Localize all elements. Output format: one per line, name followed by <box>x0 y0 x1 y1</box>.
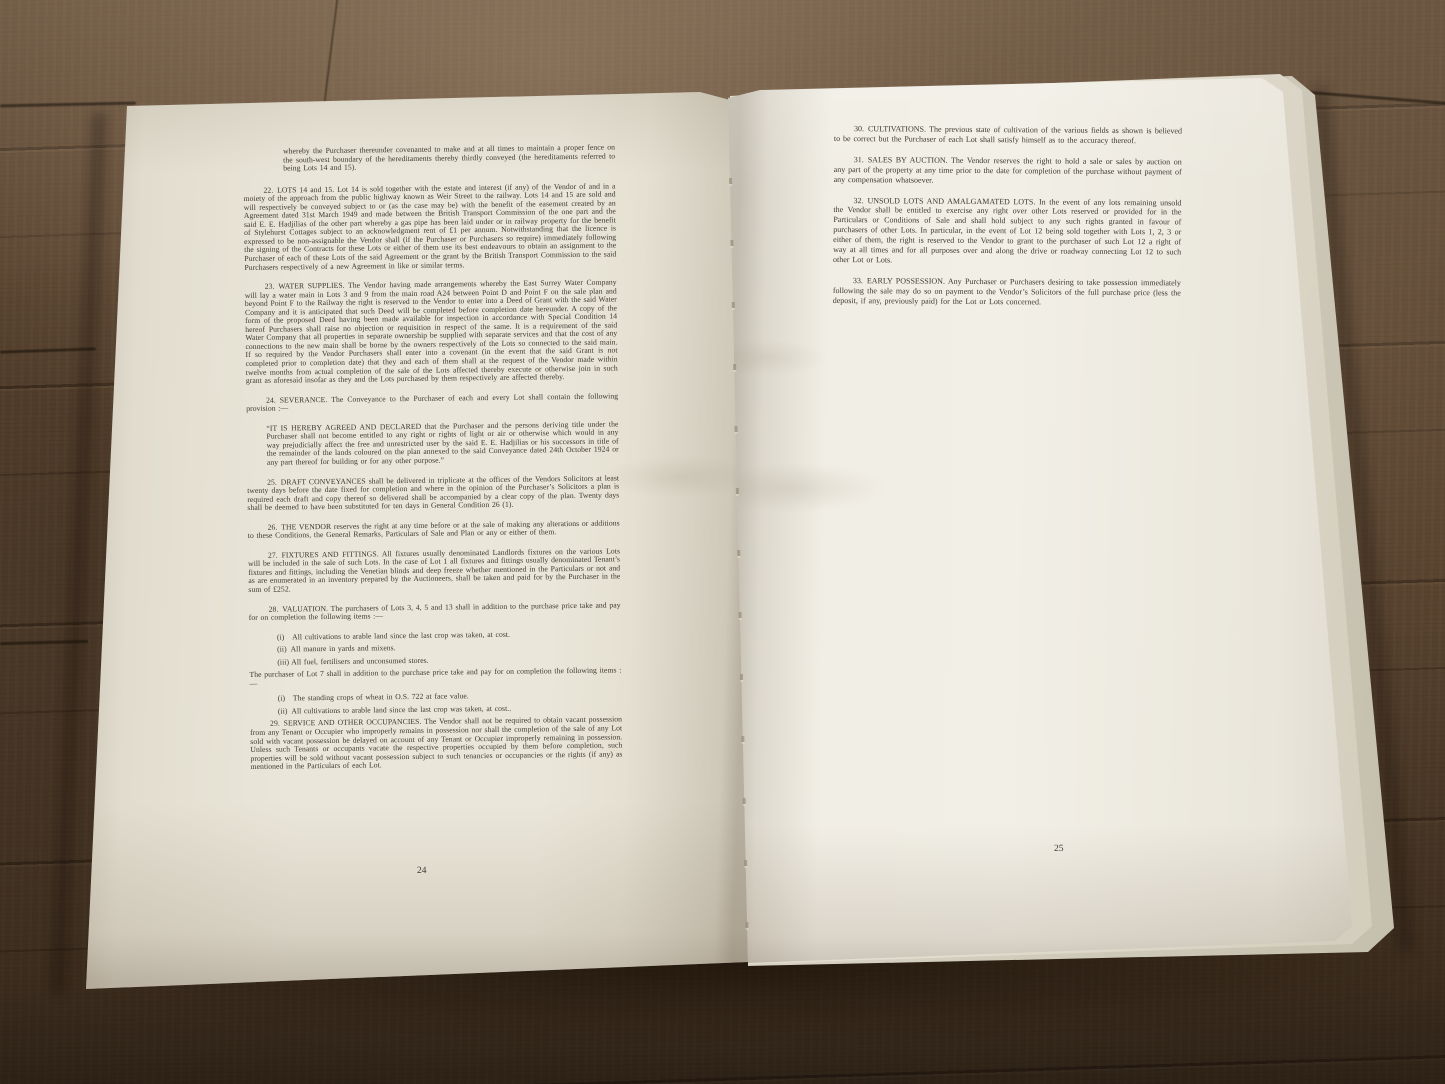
clause-33-early-possession: 33. EARLY POSSESSION. Any Purchaser or P… <box>833 276 1181 308</box>
clause-continuation: whereby the Purchaser thereunder covenan… <box>283 143 615 173</box>
clause-32-unsold-lots: 32. UNSOLD LOTS AND AMALGAMATED LOTS. In… <box>833 196 1181 268</box>
lot-7-valuation-intro: The purchaser of Lot 7 shall in addition… <box>249 667 621 689</box>
lot-7-item-i: (i) The standing crops of wheat in O.S. … <box>278 691 622 704</box>
clause-29-service-occupancies: 29. SERVICE AND OTHER OCCUPANCIES. The V… <box>250 716 623 772</box>
clause-24-severance: 24. SEVERANCE. The Conveyance to the Pur… <box>246 392 618 414</box>
page-25-text-column: 30. CULTIVATIONS. The previous state of … <box>833 124 1182 319</box>
valuation-item-iii: (iii) All fuel, fertilisers and unconsum… <box>277 654 621 667</box>
page-number-25: 25 <box>1054 844 1064 854</box>
clause-23-water-supplies: 23. WATER SUPPLIES. The Vendor having ma… <box>245 279 618 386</box>
photo-scene: whereby the Purchaser thereunder covenan… <box>0 0 1445 1084</box>
page-number-24: 24 <box>417 866 427 876</box>
clause-25-draft-conveyances: 25. DRAFT CONVEYANCES shall be delivered… <box>247 474 619 513</box>
lot-7-item-ii: (ii) All cultivations to arable land sin… <box>278 703 622 716</box>
clause-26-vendor-reservation: 26. THE VENDOR reserves the right at any… <box>248 519 620 541</box>
clause-27-fixtures-fittings: 27. FIXTURES AND FITTINGS. All fixtures … <box>248 547 620 594</box>
valuation-item-ii: (ii) All manure in yards and mixens. <box>277 642 621 655</box>
clause-31-sales-by-auction: 31. SALES BY AUCTION. The Vendor reserve… <box>834 155 1182 187</box>
clause-22-lots-14-and-15: 22. LOTS 14 and 15. Lot 14 is sold toget… <box>243 182 616 272</box>
severance-quoted-provision: “IT IS HEREBY AGREED AND DECLARED that t… <box>266 420 618 467</box>
clause-28-valuation: 28. VALUATION. The purchasers of Lots 3,… <box>249 601 621 623</box>
valuation-item-i: (i) All cultivations to arable land sinc… <box>277 629 621 642</box>
clause-30-cultivations: 30. CULTIVATIONS. The previous state of … <box>834 124 1182 146</box>
page-24-text-column: whereby the Purchaser thereunder covenan… <box>243 143 623 782</box>
